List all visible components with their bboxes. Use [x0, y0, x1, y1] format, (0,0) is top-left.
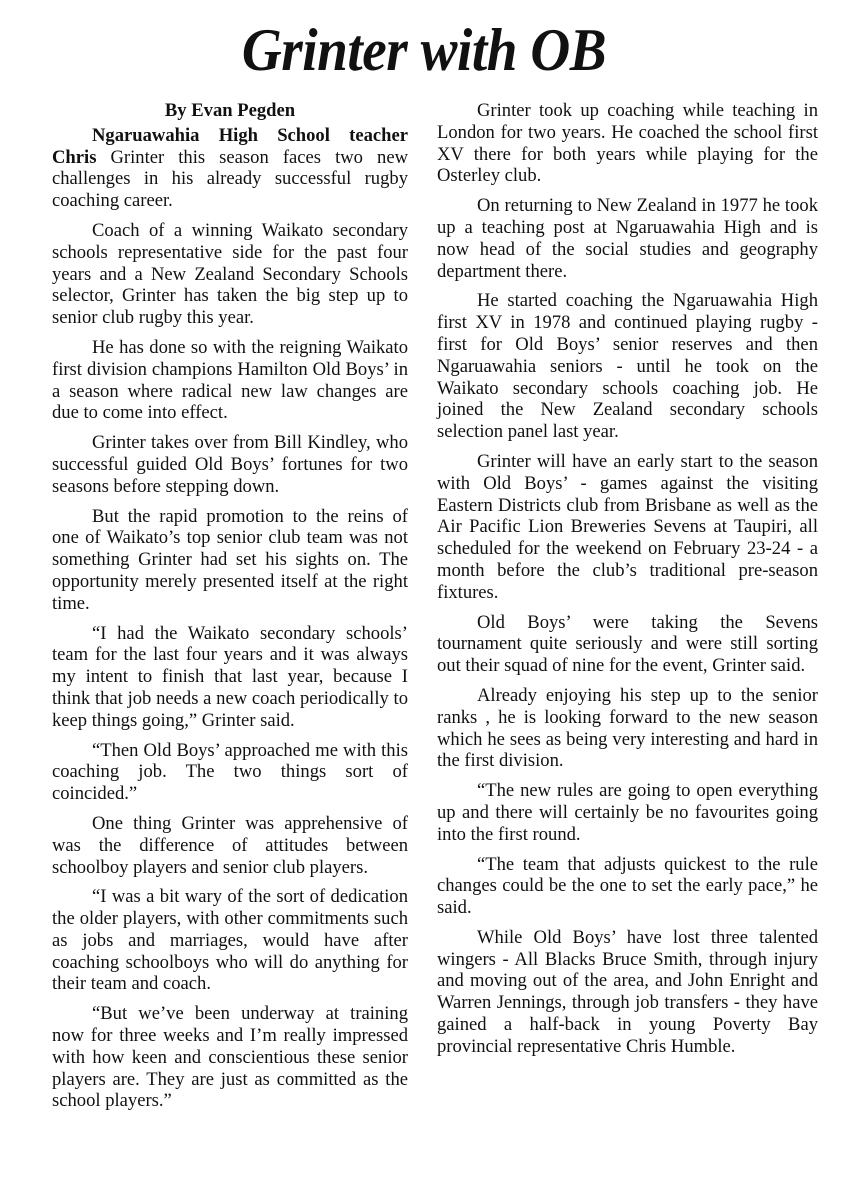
paragraph: Coach of a winning Waikato secondary sch… — [52, 220, 408, 329]
paragraph: On returning to New Zealand in 1977 he t… — [437, 195, 818, 282]
paragraph: Grinter took up coaching while teaching … — [437, 100, 818, 187]
paragraph: He has done so with the reigning Waikato… — [52, 337, 408, 424]
paragraph: “I had the Waikato secondary schools’ te… — [52, 623, 408, 732]
paragraph: While Old Boys’ have lost three talented… — [437, 927, 818, 1058]
paragraph: Old Boys’ were taking the Sevens tournam… — [437, 612, 818, 677]
paragraph: Grinter takes over from Bill Kindley, wh… — [52, 432, 408, 497]
paragraph: “The team that adjusts quickest to the r… — [437, 854, 818, 919]
paragraph: Grinter will have an early start to the … — [437, 451, 818, 604]
paragraph: One thing Grinter was apprehensive of wa… — [52, 813, 408, 878]
paragraph: But the rapid promotion to the reins of … — [52, 506, 408, 615]
paragraph: Already enjoying his step up to the seni… — [437, 685, 818, 772]
paragraph: “I was a bit wary of the sort of dedicat… — [52, 886, 408, 995]
paragraph: “The new rules are going to open everyth… — [437, 780, 818, 845]
byline: By Evan Pegden — [52, 100, 408, 122]
paragraph: He started coaching the Ngaruawahia High… — [437, 290, 818, 443]
paragraph: “But we’ve been underway at training now… — [52, 1003, 408, 1112]
right-column: Grinter took up coaching while teaching … — [437, 100, 818, 1066]
paragraph: “Then Old Boys’ approached me with this … — [52, 740, 408, 805]
left-column: By Evan Pegden Ngaruawahia High School t… — [52, 100, 408, 1120]
headline: Grinter with OB — [34, 10, 814, 90]
lead-text: Grinter this season faces two new challe… — [52, 147, 408, 212]
lead-paragraph: Ngaruawahia High School teacher Chris Gr… — [52, 125, 408, 212]
